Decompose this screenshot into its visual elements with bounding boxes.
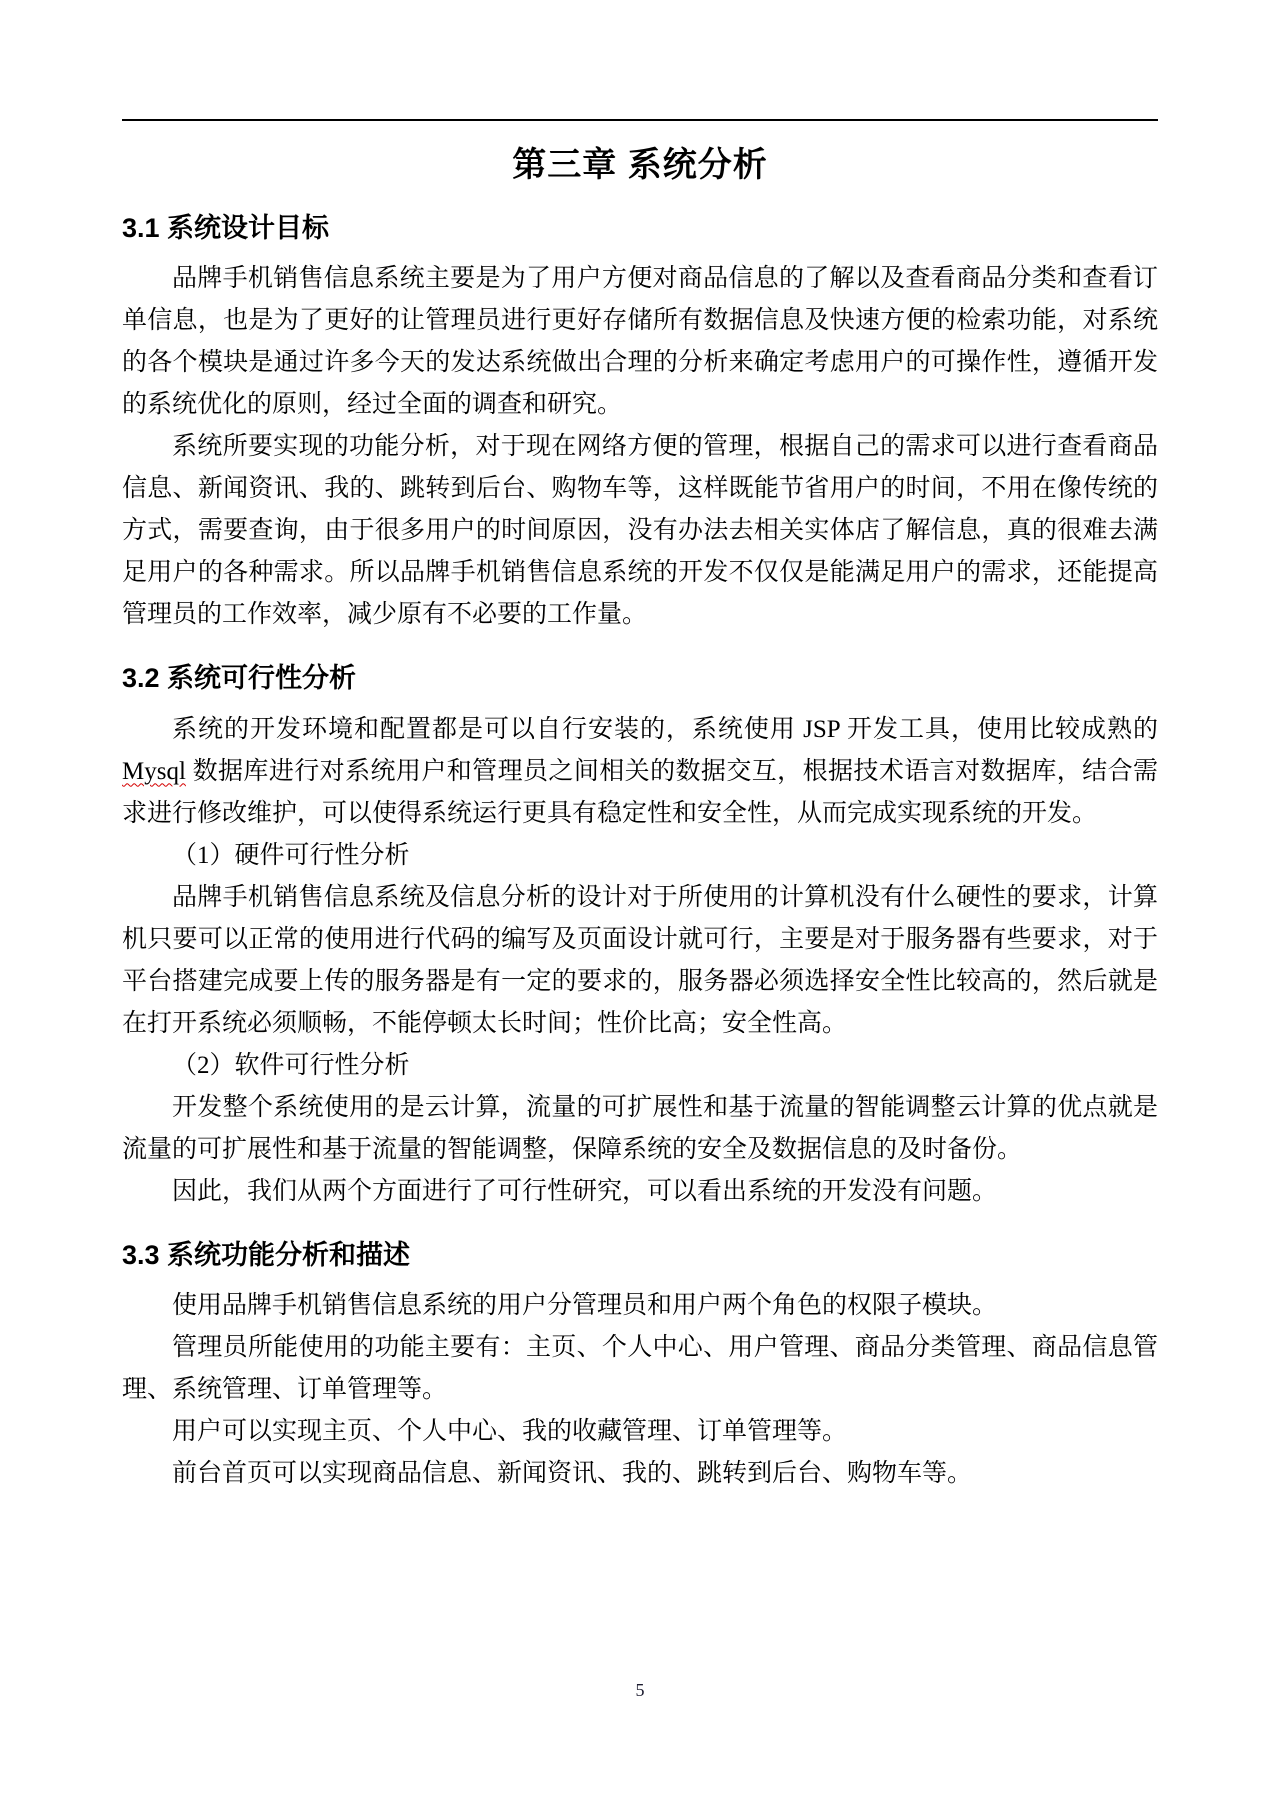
paragraph-software-feasibility: 开发整个系统使用的是云计算，流量的可扩展性和基于流量的智能调整云计算的优点就是流… [122,1087,1158,1171]
paragraph-environment-text-after: 数据库进行对系统用户和管理员之间相关的数据交互，根据技术语言对数据库，结合需求进… [122,758,1158,827]
paragraph-design-goal: 品牌手机销售信息系统主要是为了用户方便对商品信息的了解以及查看商品分类和查看订单… [122,258,1158,426]
paragraph-environment-text-before: 系统的开发环境和配置都是可以自行安装的，系统使用 JSP 开发工具，使用比较成熟… [172,716,1158,743]
paragraph-frontpage-functions: 前台首页可以实现商品信息、新闻资讯、我的、跳转到后台、购物车等。 [122,1453,1158,1495]
chapter-title: 第三章 系统分析 [122,145,1158,186]
paragraph-admin-functions: 管理员所能使用的功能主要有：主页、个人中心、用户管理、商品分类管理、商品信息管理… [122,1327,1158,1411]
section-3-2-heading: 3.2 系统可行性分析 [122,662,1158,694]
paragraph-feasibility-conclusion: 因此，我们从两个方面进行了可行性研究，可以看出系统的开发没有问题。 [122,1171,1158,1213]
paragraph-environment: 系统的开发环境和配置都是可以自行安装的，系统使用 JSP 开发工具，使用比较成熟… [122,709,1158,835]
page-content: 第三章 系统分析 3.1 系统设计目标 品牌手机销售信息系统主要是为了用户方便对… [122,0,1158,1495]
page-number: 5 [636,1680,645,1700]
spellcheck-flagged-word: Mysql [122,758,186,785]
paragraph-user-functions: 用户可以实现主页、个人中心、我的收藏管理、订单管理等。 [122,1411,1158,1453]
section-3-1-heading: 3.1 系统设计目标 [122,212,1158,244]
section-3-3: 3.3 系统功能分析和描述 使用品牌手机销售信息系统的用户分管理员和用户两个角色… [122,1239,1158,1495]
header-rule [122,119,1158,121]
section-3-2: 3.2 系统可行性分析 系统的开发环境和配置都是可以自行安装的，系统使用 JSP… [122,662,1158,1212]
paragraph-function-analysis: 系统所要实现的功能分析，对于现在网络方便的管理，根据自己的需求可以进行查看商品信… [122,426,1158,636]
list-item-software-feasibility: （2）软件可行性分析 [122,1045,1158,1087]
page-footer: 5 [0,1678,1280,1702]
paragraph-user-roles: 使用品牌手机销售信息系统的用户分管理员和用户两个角色的权限子模块。 [122,1285,1158,1327]
section-3-3-heading: 3.3 系统功能分析和描述 [122,1239,1158,1271]
section-3-1: 3.1 系统设计目标 品牌手机销售信息系统主要是为了用户方便对商品信息的了解以及… [122,212,1158,636]
list-item-hardware-feasibility: （1）硬件可行性分析 [122,835,1158,877]
paragraph-hardware-feasibility: 品牌手机销售信息系统及信息分析的设计对于所使用的计算机没有什么硬性的要求，计算机… [122,877,1158,1045]
document-page: 第三章 系统分析 3.1 系统设计目标 品牌手机销售信息系统主要是为了用户方便对… [0,0,1280,1811]
